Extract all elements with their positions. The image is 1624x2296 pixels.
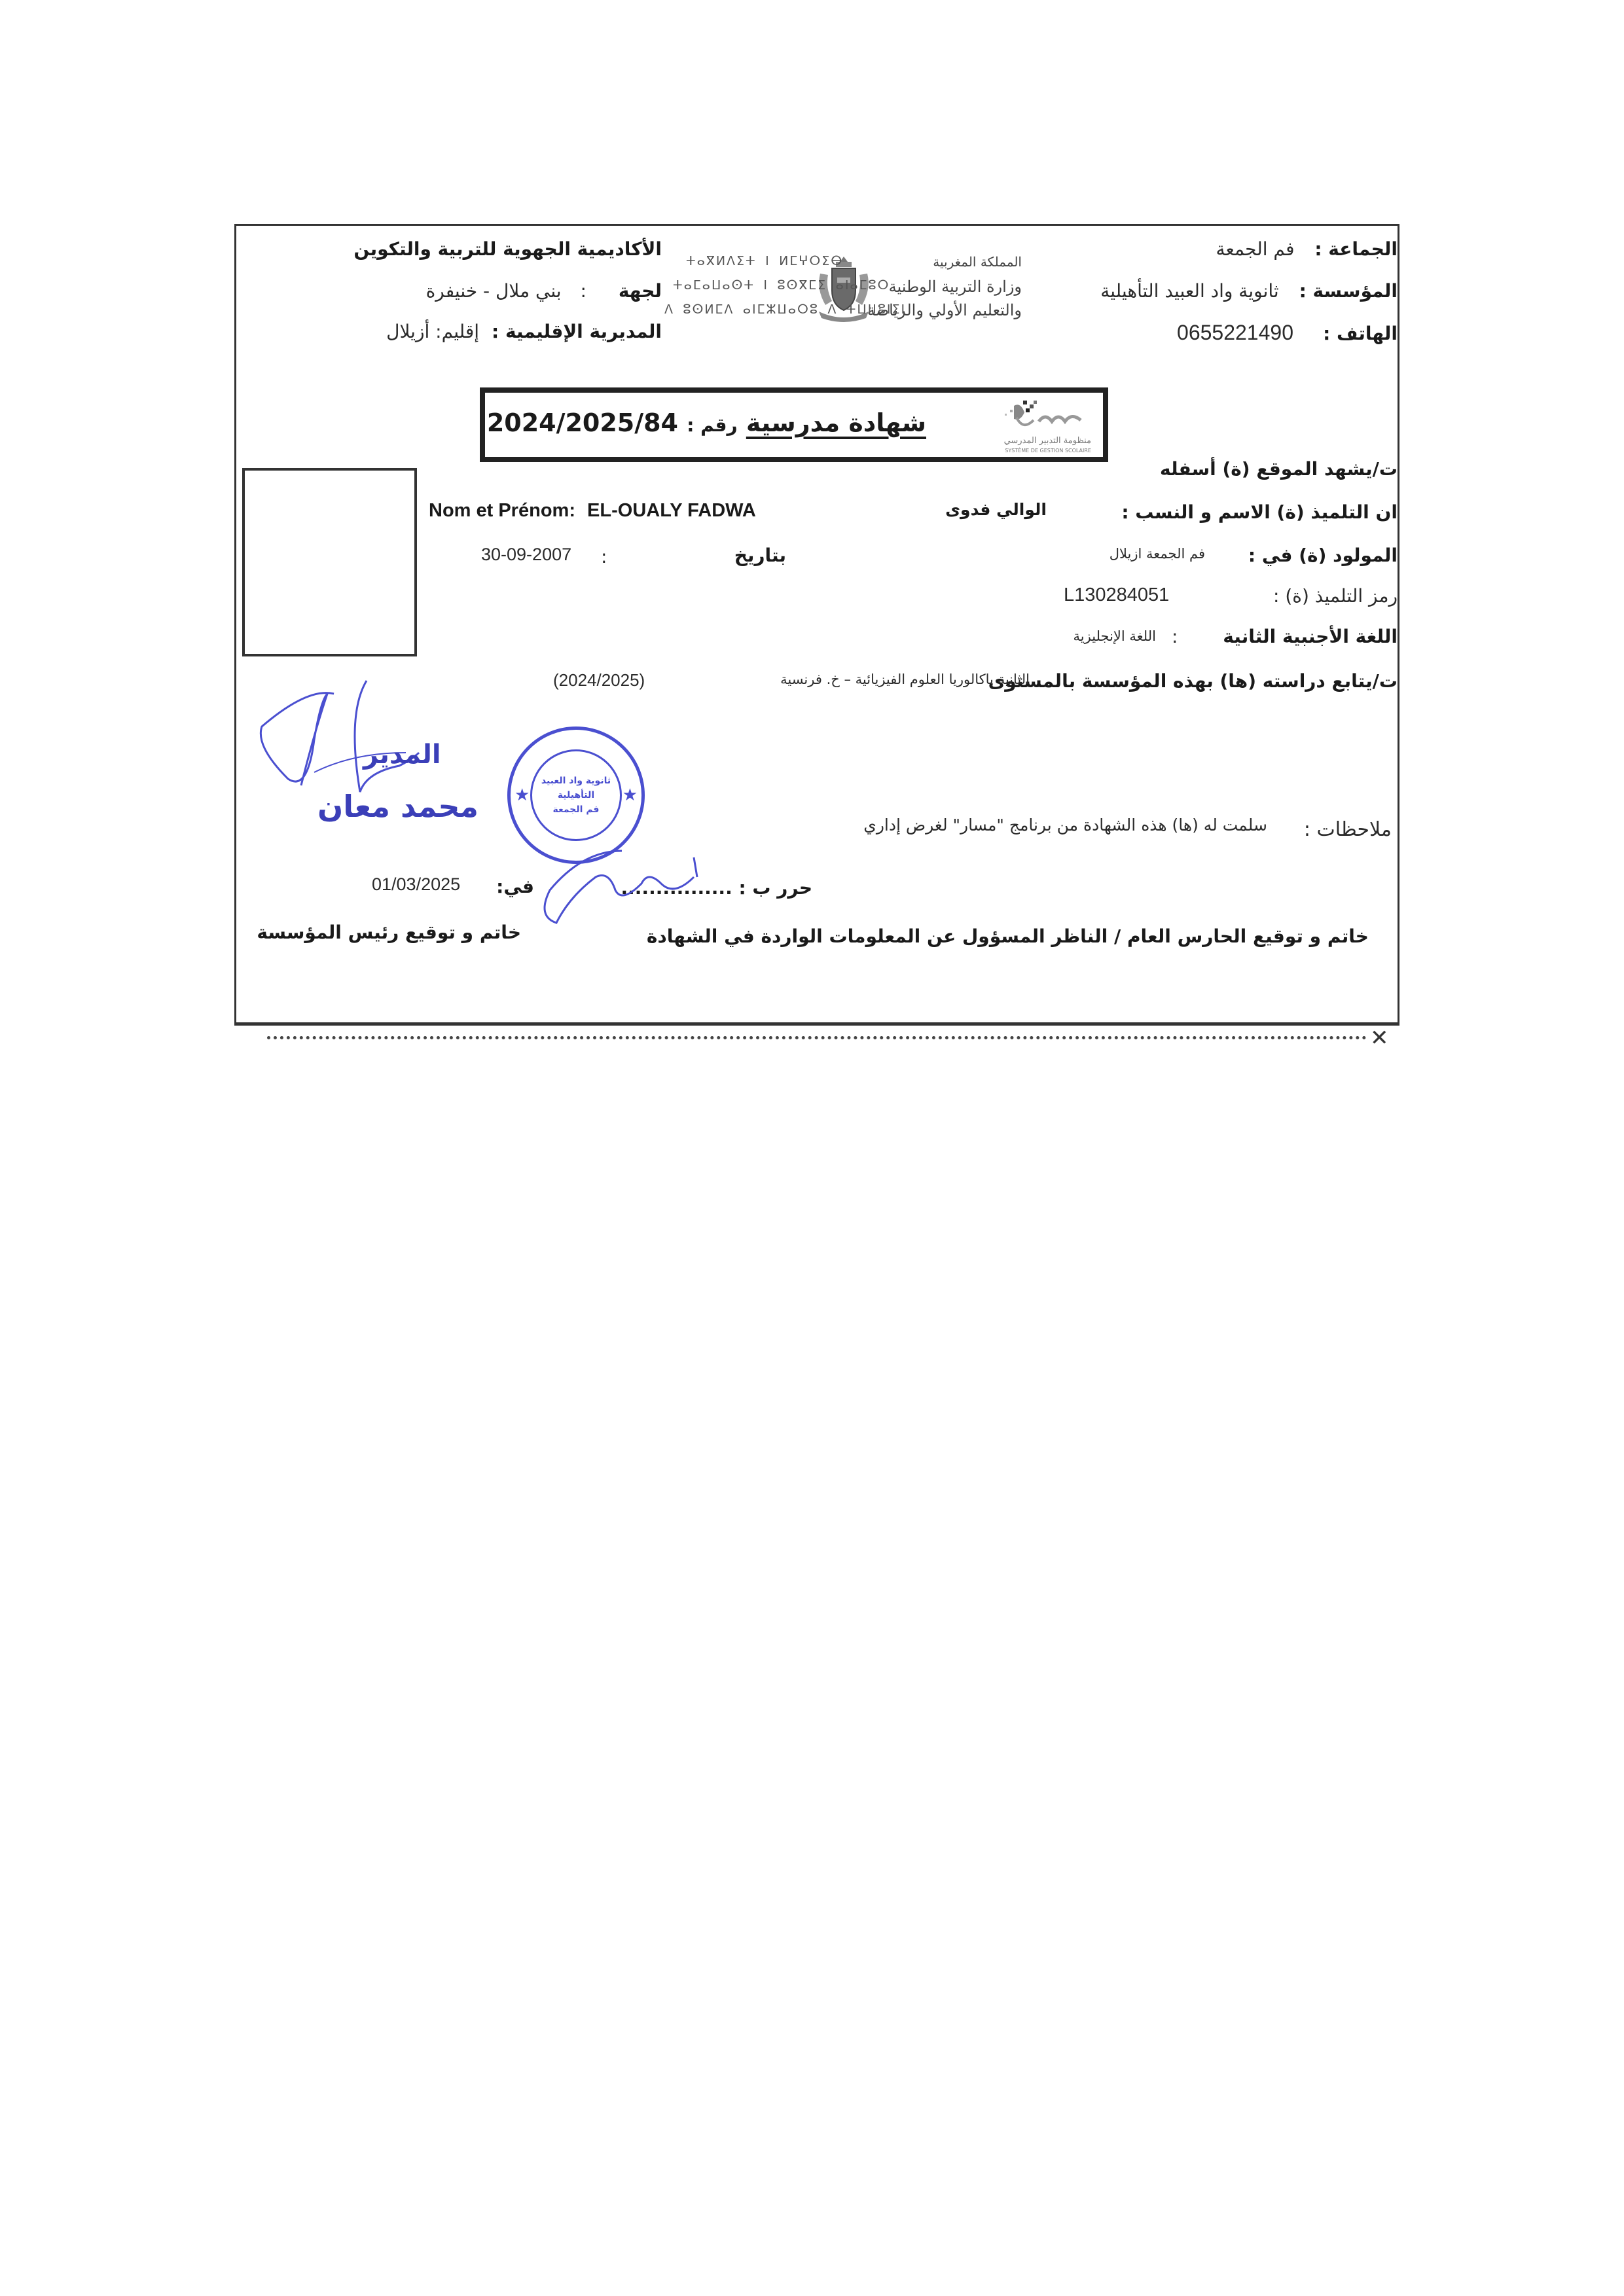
notes-value: سلمت له (ها) هذه الشهادة من برنامج "مسار…: [863, 816, 1267, 834]
level-year: (2024/2025): [553, 670, 645, 691]
student-name-label: ان التلميذ (ة) الاسم و النسب :: [1121, 501, 1398, 523]
certificate-title: شهادة مدرسية رقم : 2024/2025/84: [487, 408, 926, 437]
second-language-value: اللغة الإنجليزية: [1074, 628, 1156, 644]
stamp-inner: ثانوية واد العبيد التأهيلية فم الجمعة: [530, 749, 622, 841]
directorate-label: المديرية الإقليمية :: [492, 321, 662, 342]
student-code-label: رمز التلميذ (ة) :: [1273, 585, 1398, 607]
massar-logo: منظومة التدبير المدرسي SYSTÈME DE GESTIO…: [997, 398, 1095, 457]
student-name-fr-label: Nom et Prénom:: [429, 500, 575, 521]
director-name: محمد معان: [317, 789, 478, 824]
level-value: الثانية باكالوريا العلوم الفيزيائية – خ.…: [780, 672, 1030, 687]
institution-value: ثانوية واد العبيد التأهيلية: [1100, 280, 1279, 302]
director-signature-icon: [255, 674, 425, 798]
student-name-ar: الوالي فدوى: [945, 500, 1047, 519]
student-code-value: L130284051: [1064, 584, 1169, 606]
issued-at-handwriting-icon: [530, 844, 727, 929]
title-number-label: رقم :: [687, 414, 737, 436]
region-value: بني ملال - خنيفرة: [426, 280, 562, 302]
ministry-tifinagh-line2: ⴷ ⵓⵙⵍⵎⴷ ⴰⵏⵎⵣⵡⴰⵔⵓ ⴷ ⵜⵡⵏⵏⵓⵏⵉⵏ: [664, 302, 906, 317]
institution-stamp: ثانوية واد العبيد التأهيلية فم الجمعة ★ …: [507, 726, 645, 864]
birthdate-value: 30-09-2007: [481, 545, 571, 565]
title-main: شهادة مدرسية: [746, 408, 926, 437]
ministry-tifinagh-line1: ⵜⴰⵎⴰⵡⴰⵙⵜ ⵏ ⵓⵙⴳⵎⵉ ⴰⵏⴰⵎⵓⵔ: [673, 278, 890, 293]
region-label: لجهة: [619, 280, 662, 302]
star-icon: ★: [623, 785, 638, 805]
certificate-title-box: شهادة مدرسية رقم : 2024/2025/84 منظومة ا…: [480, 387, 1108, 462]
stamp-inner-line3: فم الجمعة: [553, 802, 600, 817]
region-row: لجهة : بني ملال - خنيفرة: [426, 280, 662, 302]
supervisor-signature-label: خاتم و توقيع الحارس العام / الناظر المسؤ…: [647, 925, 1369, 947]
cut-line: [267, 1036, 1367, 1039]
student-name-fr-row: Nom et Prénom: EL-OUALY FADWA: [429, 500, 756, 522]
ministry-ar-line1: وزارة التربية الوطنية: [889, 278, 1022, 296]
director-title: المدير: [363, 740, 441, 770]
second-language-label: اللغة الأجنبية الثانية: [1223, 626, 1398, 647]
institution-row: المؤسسة : ثانوية واد العبيد التأهيلية: [1100, 280, 1398, 302]
issued-on-value: 01/03/2025: [372, 874, 460, 895]
issued-on-label: في:: [496, 876, 534, 897]
logo-sub-ar: منظومة التدبير المدرسي: [1004, 436, 1091, 446]
commune-value: فم الجمعة: [1216, 238, 1294, 260]
student-name-fr: EL-OUALY FADWA: [587, 500, 756, 521]
phone-row: الهاتف : 0655221490: [1177, 321, 1398, 345]
directorate-value: إقليم: أزيلال: [386, 321, 479, 342]
birthplace-label: المولود (ة) في :: [1248, 545, 1398, 566]
photo-placeholder: [242, 468, 417, 656]
birthdate-label: بتاريخ: [734, 545, 786, 566]
directorate-row: المديرية الإقليمية : إقليم: أزيلال: [386, 321, 662, 342]
commune-row: الجماعة : فم الجمعة: [1216, 238, 1398, 260]
stamp-inner-line2: التأهيلية: [558, 788, 594, 802]
star-icon: ★: [514, 785, 530, 805]
issued-at-label: حرر ب :: [738, 877, 812, 899]
academy-title: الأكاديمية الجهوية للتربية والتكوين: [353, 238, 662, 260]
level-label: ت/يتابع دراسته (ها) بهذه المؤسسة بالمستو…: [988, 670, 1398, 692]
phone-value: 0655221490: [1177, 321, 1293, 344]
commune-label: الجماعة :: [1314, 238, 1398, 260]
scissors-icon: ✕: [1370, 1025, 1389, 1051]
phone-label: الهاتف :: [1323, 323, 1398, 344]
notes-label: ملاحظات :: [1304, 818, 1392, 841]
kingdom-tifinagh: ⵜⴰⴳⵍⴷⵉⵜ ⵏ ⵍⵎⵖⵔⵉⴱ: [686, 254, 843, 268]
intro-text: ت/يشهد الموقع (ة) أسفله: [1160, 458, 1398, 480]
director-signature-label: خاتم و توقيع رئيس المؤسسة: [257, 922, 521, 943]
kingdom-ar: المملكة المغربية: [933, 254, 1022, 270]
stamp-inner-line1: ثانوية واد العبيد: [541, 774, 611, 788]
birthplace-value: فم الجمعة ازيلال: [1110, 546, 1205, 562]
institution-label: المؤسسة :: [1299, 280, 1398, 302]
title-number-value: 2024/2025/84: [487, 408, 678, 437]
logo-sub-fr: SYSTÈME DE GESTION SCOLAIRE: [1005, 448, 1091, 454]
